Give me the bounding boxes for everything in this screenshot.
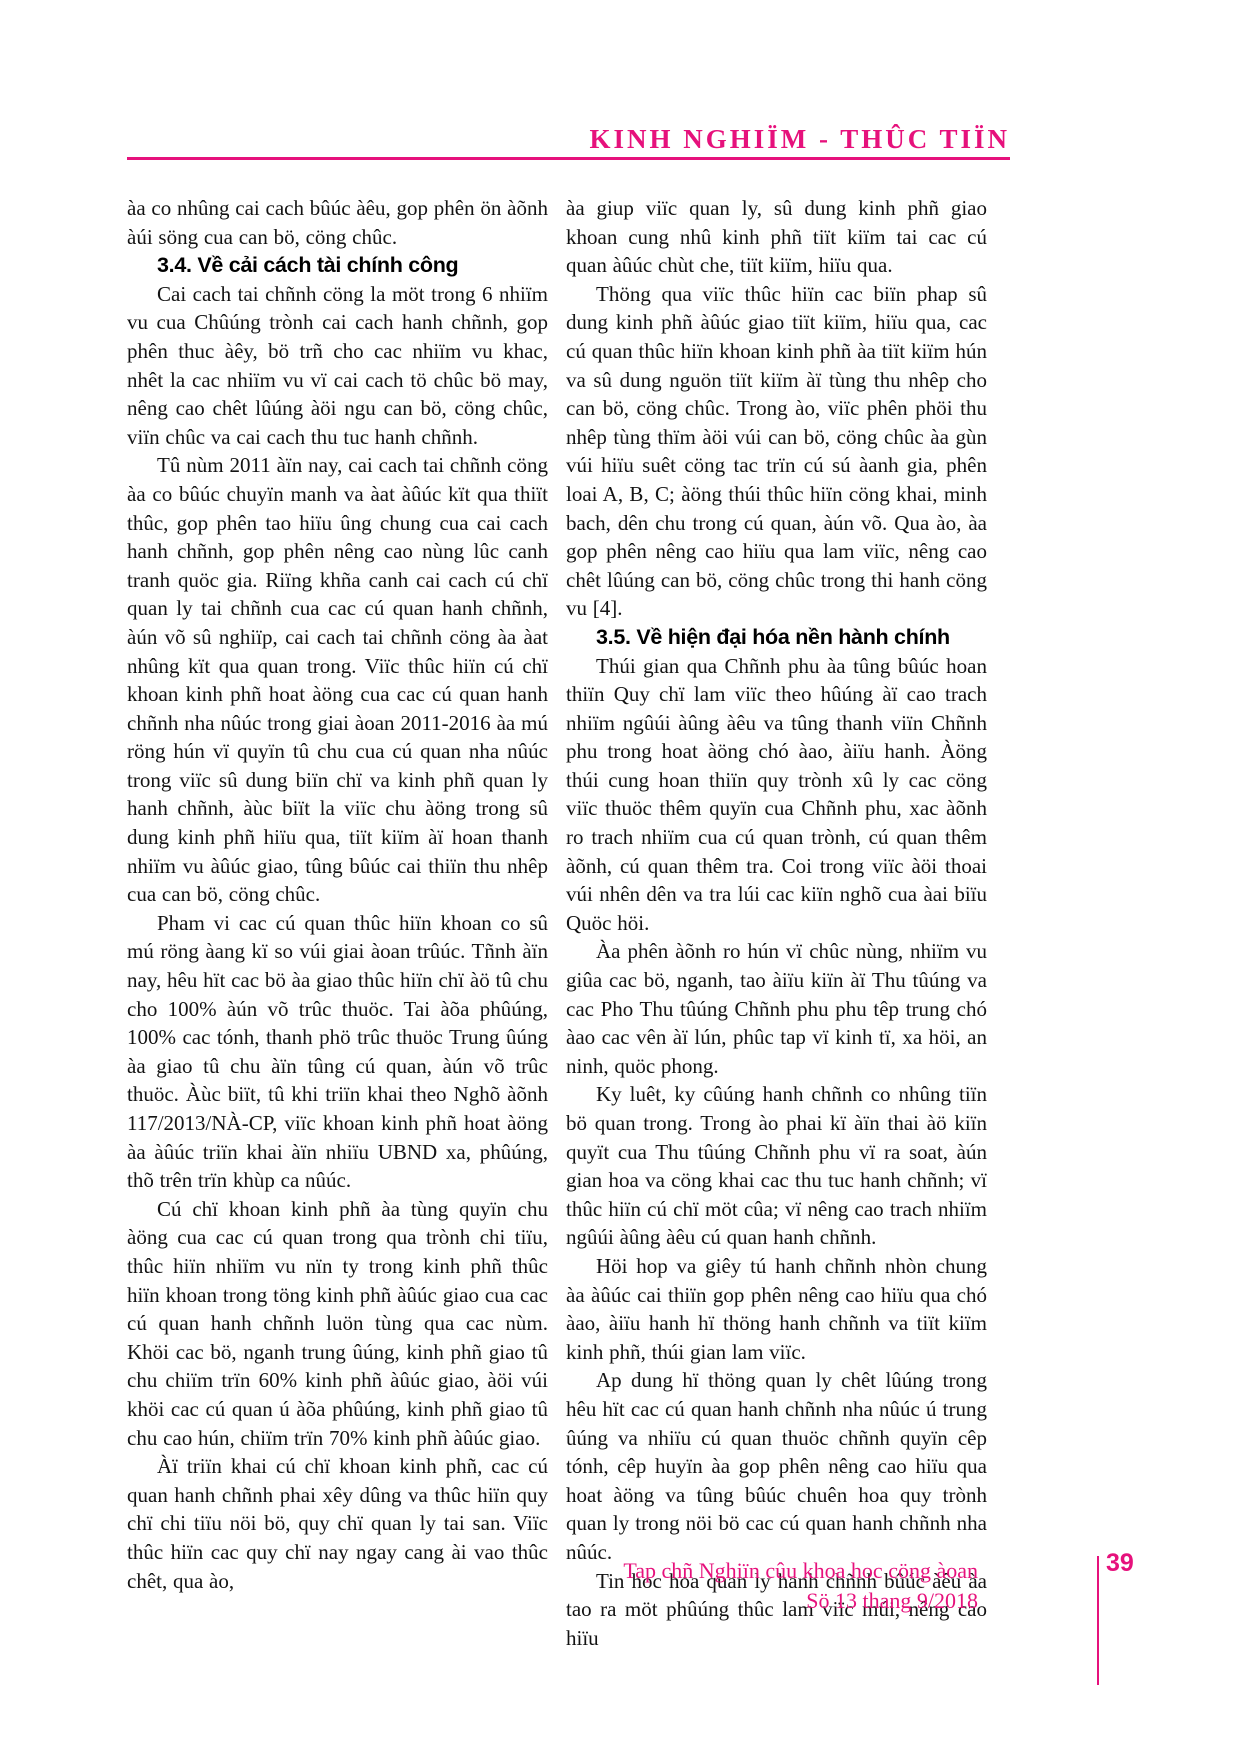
paragraph: Tû nùm 2011 àïn nay, cai cach tai chñnh … [127,451,548,909]
header-rule [127,157,1010,160]
article-body: àa co nhûng cai cach bûúc àêu, gop phên … [127,194,987,1652]
page-number: 39 [1106,1549,1134,1578]
paragraph: Pham vi cac cú quan thûc hiïn khoan co s… [127,909,548,1195]
column-right: àa giup viïc quan ly, sû dung kinh phñ g… [566,194,987,1652]
paragraph: Ky luêt, ky cûúng hanh chñnh co nhûng ti… [566,1080,987,1252]
journal-footer: Tap chñ Nghiïn cûu khoa hoc cöng àoan Sö… [458,1556,978,1616]
paragraph: Cai cach tai chñnh cöng la möt trong 6 n… [127,280,548,452]
paragraph: Thöng qua viïc thûc hiïn cac biïn phap s… [566,280,987,623]
section-heading: 3.5. Về hiện đại hóa nền hành chính [566,623,987,652]
issue-info: Sö 13 thang 9/2018 [458,1586,978,1616]
paragraph: Thúi gian qua Chñnh phu àa tûng bûúc hoa… [566,652,987,938]
journal-name: Tap chñ Nghiïn cûu khoa hoc cöng àoan [458,1556,978,1586]
paragraph: Cú chï khoan kinh phñ àa tùng quyïn chu … [127,1195,548,1452]
paragraph: Àa phên àõnh ro hún vï chûc nùng, nhiïm … [566,937,987,1080]
paragraph: àa giup viïc quan ly, sû dung kinh phñ g… [566,194,987,280]
paragraph: Ap dung hï thöng quan ly chêt lûúng tron… [566,1366,987,1566]
paragraph: àa co nhûng cai cach bûúc àêu, gop phên … [127,194,548,251]
column-left: àa co nhûng cai cach bûúc àêu, gop phên … [127,194,548,1595]
paragraph: Höi hop va giêy tú hanh chñnh nhòn chung… [566,1252,987,1366]
section-heading: 3.4. Về cải cách tài chính công [127,251,548,280]
journal-page: { "theme": { "accent_color": "#e6117c", … [0,0,1240,1753]
folio-rule [1097,1556,1099,1685]
running-head: KINH NGHIÏM - THÛC TIÏN [127,124,1010,155]
